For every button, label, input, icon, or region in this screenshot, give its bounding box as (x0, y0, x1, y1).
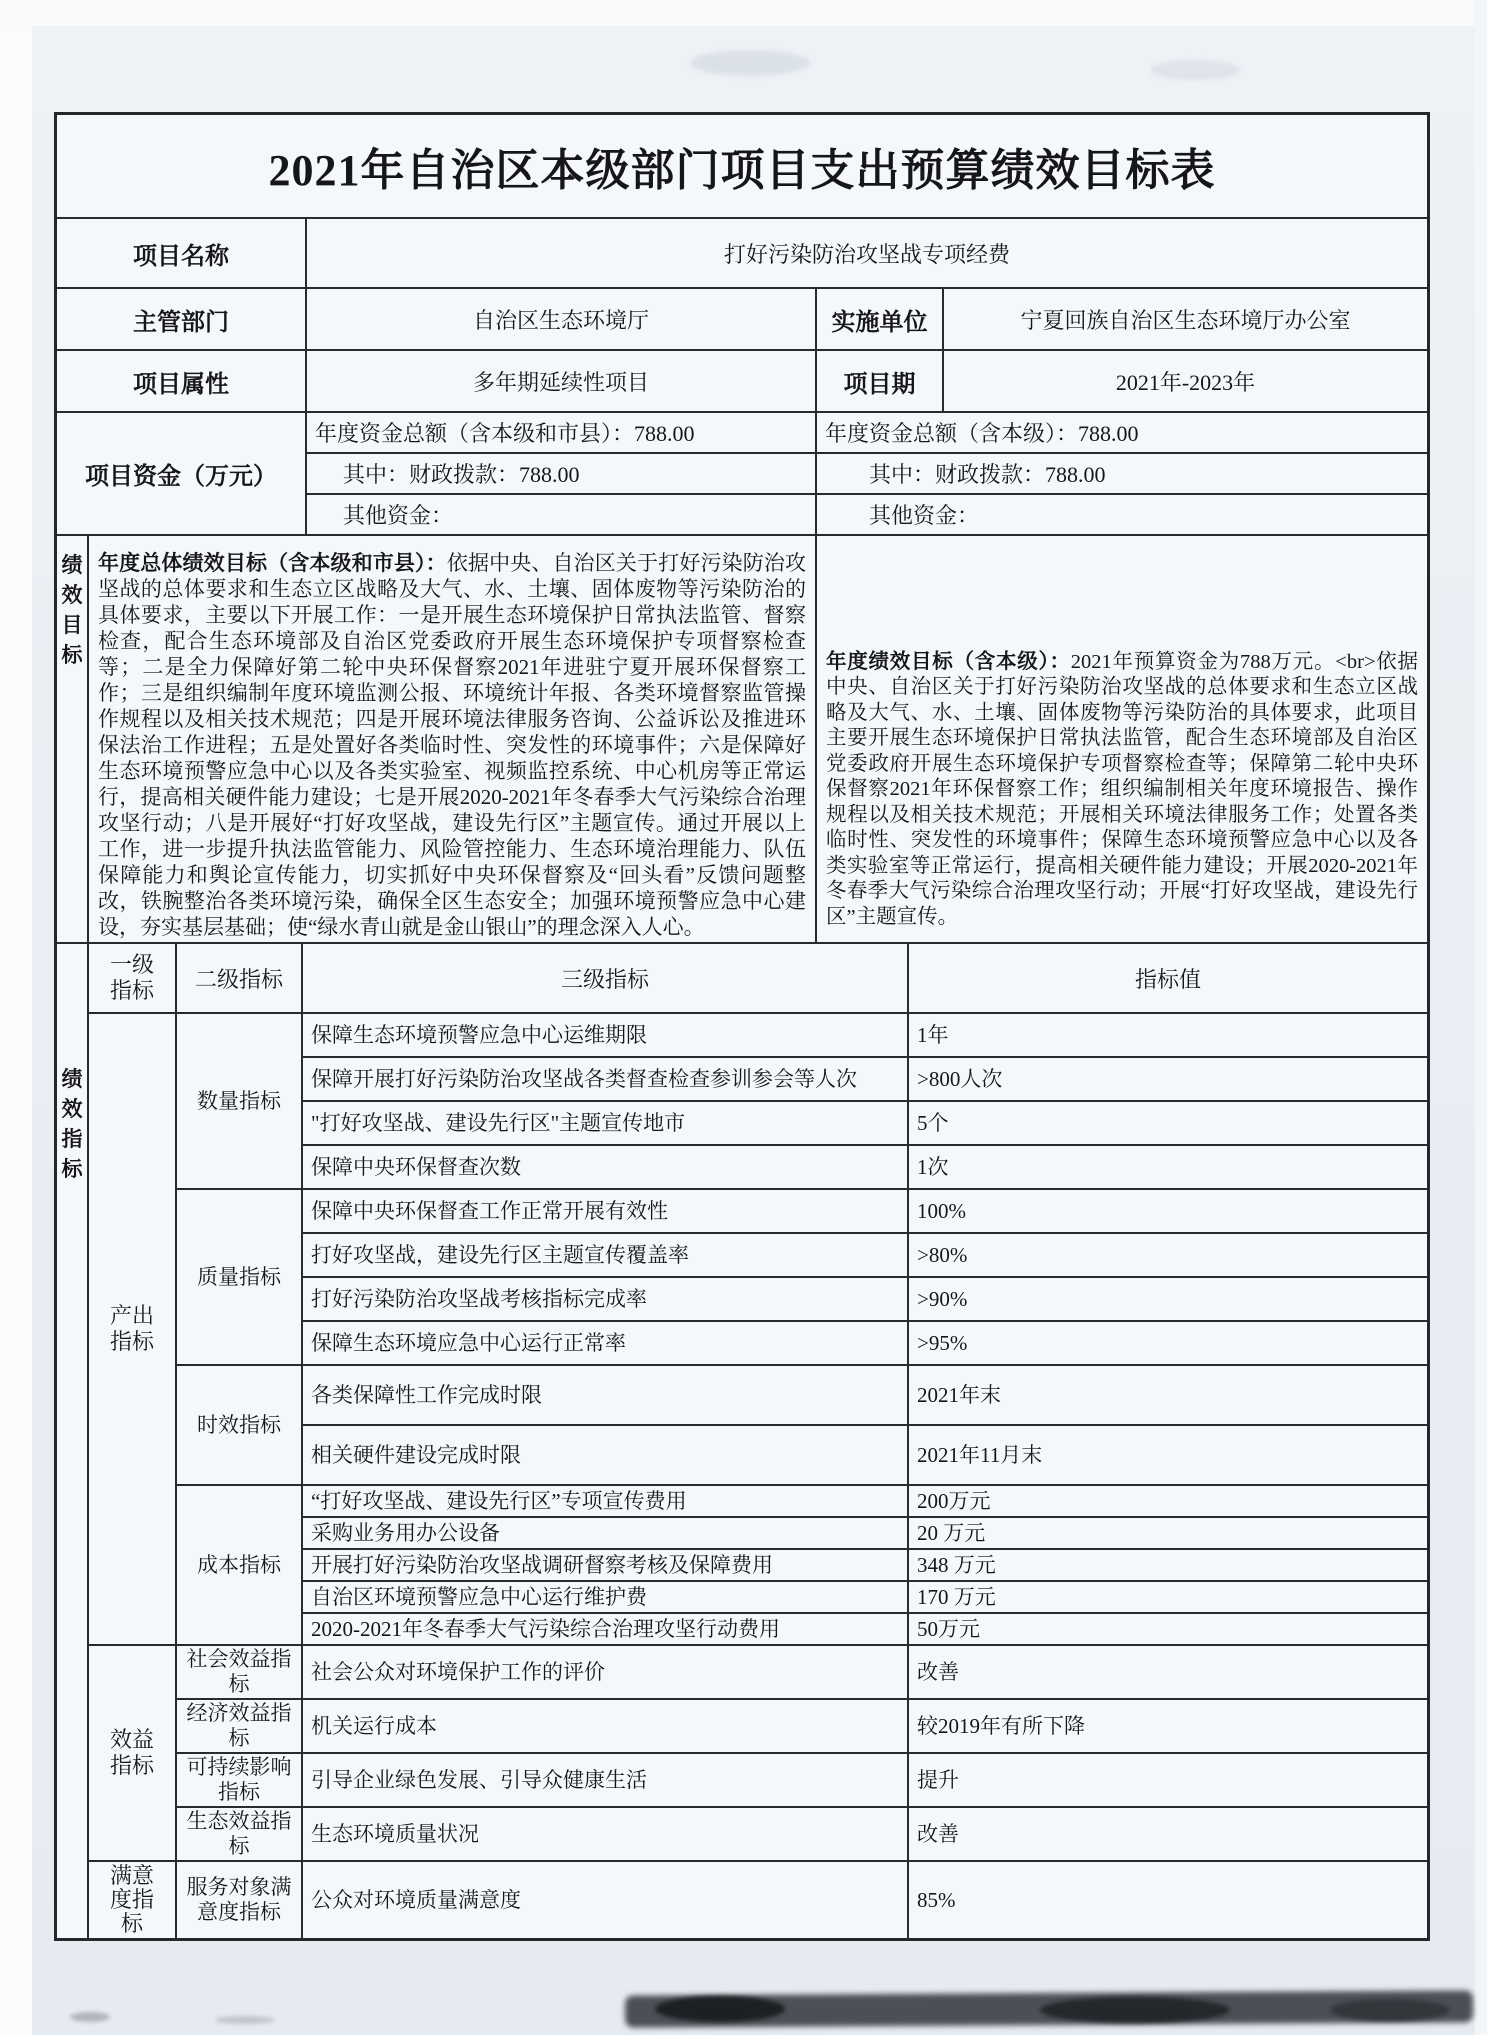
attribute-row: 项目属性 多年期延续性项目 项目期 2021年-2023年 (57, 351, 1427, 413)
level3-indicator-cell: 打好污染防治攻坚战考核指标完成率 (303, 1278, 909, 1322)
benefit-group-label-text: 效益指标 (109, 1727, 155, 1779)
level3-indicator-cell: 保障开展打好污染防治攻坚战各类督查检查参训参会等人次 (303, 1058, 909, 1102)
quantity-rows: 保障生态环境预警应急中心运维期限 1年 保障开展打好污染防治攻坚战各类督查检查参… (303, 1014, 1427, 1190)
header-level2: 二级指标 (177, 944, 303, 1014)
indicator-row: “打好攻坚战、建设先行区”专项宣传费用 200万元 (303, 1486, 1427, 1518)
overall-goal-body: 依据中央、自治区关于打好污染防治攻坚战的总体要求和生态立区战略及大气、水、土壤、… (98, 551, 806, 939)
level3-indicator-cell: 各类保障性工作完成时限 (303, 1366, 909, 1426)
attribute-label: 项目属性 (57, 351, 307, 413)
indicator-row: 打好攻坚战，建设先行区主题宣传覆盖率 >80% (303, 1234, 1427, 1278)
indicator-value-cell: 较2019年有所下降 (909, 1700, 1427, 1754)
indicator-value-cell: 提升 (909, 1754, 1427, 1808)
indicator-row: 采购业务用办公设备 20 万元 (303, 1518, 1427, 1550)
level2-indicator-cell: 服务对象满意度指标 (177, 1862, 303, 1938)
scan-edge-right (1475, 0, 1487, 2035)
indicator-value-cell: 200万元 (909, 1486, 1427, 1518)
department-row: 主管部门 自治区生态环境厅 实施单位 宁夏回族自治区生态环境厅办公室 (57, 289, 1427, 351)
output-group-label-text: 产出指标 (109, 1303, 155, 1355)
level3-indicator-cell: 保障生态环境应急中心运行正常率 (303, 1322, 909, 1366)
header-value: 指标值 (909, 944, 1427, 1014)
level2-indicator-cell: 经济效益指标 (177, 1700, 303, 1754)
indicator-row: 生态效益指标 生态环境质量状况 改善 (177, 1808, 1427, 1862)
indicator-value-cell: >80% (909, 1234, 1427, 1278)
indicator-row: 打好污染防治攻坚战考核指标完成率 >90% (303, 1278, 1427, 1322)
quantity-label: 数量指标 (177, 1014, 303, 1190)
benefit-group: 效益指标 社会效益指标 社会公众对环境保护工作的评价 改善 经济效益指标 机关运… (89, 1646, 1427, 1862)
scan-smudge (1150, 60, 1240, 80)
project-name-row: 项目名称 打好污染防治攻坚战专项经费 (57, 219, 1427, 289)
indicator-value-cell: 改善 (909, 1808, 1427, 1862)
indicator-row: 相关硬件建设完成时限 2021年11月末 (303, 1426, 1427, 1486)
header-level1: 一级指标 (89, 944, 177, 1014)
indicator-value-cell: 2021年末 (909, 1366, 1427, 1426)
indicator-row: 保障生态环境应急中心运行正常率 >95% (303, 1322, 1427, 1366)
scanner-shadow-blob (215, 2016, 275, 2024)
funding-fiscal-right: 其中：财政拨款：788.00 (817, 454, 1427, 495)
indicator-value-cell: 1年 (909, 1014, 1427, 1058)
quantity-subgroup: 数量指标 保障生态环境预警应急中心运维期限 1年 保障开展打好污染防治攻坚战各类… (177, 1014, 1427, 1190)
header-level1-text: 一级指标 (109, 952, 155, 1004)
indicator-value-cell: >800人次 (909, 1058, 1427, 1102)
level3-indicator-cell: 保障生态环境预警应急中心运维期限 (303, 1014, 909, 1058)
performance-target-table: 2021年自治区本级部门项目支出预算绩效目标表 项目名称 打好污染防治攻坚战专项… (54, 112, 1430, 1941)
indicators-header-row: 一级指标 二级指标 三级指标 指标值 (89, 944, 1427, 1014)
funding-right-column: 年度资金总额（含本级）：788.00 其中：财政拨款：788.00 其他资金： (817, 413, 1427, 536)
level3-indicator-cell: 自治区环境预警应急中心运行维护费 (303, 1582, 909, 1614)
impl-unit-label: 实施单位 (817, 289, 944, 351)
indicator-row: 社会效益指标 社会公众对环境保护工作的评价 改善 (177, 1646, 1427, 1700)
goals-band: 绩效目标 年度总体绩效目标（含本级和市县）：依据中央、自治区关于打好污染防治攻坚… (57, 536, 1427, 944)
output-group-rows: 数量指标 保障生态环境预警应急中心运维期限 1年 保障开展打好污染防治攻坚战各类… (177, 1014, 1427, 1646)
time-subgroup: 时效指标 各类保障性工作完成时限 2021年末 相关硬件建设完成时限 2021年… (177, 1366, 1427, 1486)
indicator-row: 保障开展打好污染防治攻坚战各类督查检查参训参会等人次 >800人次 (303, 1058, 1427, 1102)
period-label: 项目期 (817, 351, 944, 413)
annual-goal-body: 2021年预算资金为788万元。<br>依据中央、自治区关于打好污染防治攻坚战的… (826, 651, 1418, 928)
quality-label: 质量指标 (177, 1190, 303, 1366)
indicator-row: "打好攻坚战、建设先行区"主题宣传地市 5个 (303, 1102, 1427, 1146)
level3-indicator-cell: 机关运行成本 (303, 1700, 909, 1754)
funding-fiscal-left: 其中：财政拨款：788.00 (307, 454, 817, 495)
department-label: 主管部门 (57, 289, 307, 351)
scanner-shadow-blob (1330, 1999, 1450, 2021)
level3-indicator-cell: “打好攻坚战、建设先行区”专项宣传费用 (303, 1486, 909, 1518)
funding-other-right: 其他资金： (817, 495, 1427, 536)
indicator-row: 自治区环境预警应急中心运行维护费 170 万元 (303, 1582, 1427, 1614)
indicator-value-cell: 100% (909, 1190, 1427, 1234)
funding-total-right: 年度资金总额（含本级）：788.00 (817, 413, 1427, 454)
indicator-value-cell: >90% (909, 1278, 1427, 1322)
period-value: 2021年-2023年 (944, 351, 1427, 413)
level3-indicator-cell: 社会公众对环境保护工作的评价 (303, 1646, 909, 1700)
level3-indicator-cell: 相关硬件建设完成时限 (303, 1426, 909, 1486)
funding-total-left: 年度资金总额（含本级和市县）：788.00 (307, 413, 817, 454)
level3-indicator-cell: 采购业务用办公设备 (303, 1518, 909, 1550)
benefit-rows: 社会效益指标 社会公众对环境保护工作的评价 改善 经济效益指标 机关运行成本 较… (177, 1646, 1427, 1862)
indicator-row: 2020-2021年冬春季大气污染综合治理攻坚行动费用 50万元 (303, 1614, 1427, 1646)
time-label: 时效指标 (177, 1366, 303, 1486)
satisfaction-group-label: 满意度指标 (89, 1862, 177, 1938)
indicator-row: 保障中央环保督查工作正常开展有效性 100% (303, 1190, 1427, 1234)
indicator-value-cell: 170 万元 (909, 1582, 1427, 1614)
output-group-label: 产出指标 (89, 1014, 177, 1646)
overall-goal-cell: 年度总体绩效目标（含本级和市县）：依据中央、自治区关于打好污染防治攻坚战的总体要… (89, 536, 817, 944)
project-name-label: 项目名称 (57, 219, 307, 289)
benefit-group-label: 效益指标 (89, 1646, 177, 1862)
indicators-band: 绩效指标 一级指标 二级指标 三级指标 指标值 产出指标 数量指标 (57, 944, 1427, 1938)
overall-goal-heading: 年度总体绩效目标（含本级和市县）： (98, 551, 447, 575)
scan-edge-top (0, 0, 1487, 26)
funding-other-left: 其他资金： (307, 495, 817, 536)
cost-label: 成本指标 (177, 1486, 303, 1646)
goals-sidebar-label: 绩效目标 (57, 536, 89, 944)
indicator-value-cell: 1次 (909, 1146, 1427, 1190)
indicator-value-cell: 改善 (909, 1646, 1427, 1700)
indicator-row: 各类保障性工作完成时限 2021年末 (303, 1366, 1427, 1426)
funding-label: 项目资金（万元） (57, 413, 307, 536)
level3-indicator-cell: 引导企业绿色发展、引导众健康生活 (303, 1754, 909, 1808)
project-name-value: 打好污染防治攻坚战专项经费 (307, 219, 1427, 289)
level3-indicator-cell: 公众对环境质量满意度 (303, 1862, 909, 1938)
quality-subgroup: 质量指标 保障中央环保督查工作正常开展有效性 100% 打好攻坚战，建设先行区主… (177, 1190, 1427, 1366)
indicators-sidebar-label: 绩效指标 (57, 944, 89, 1938)
indicator-value-cell: 20 万元 (909, 1518, 1427, 1550)
scanner-shadow-blob (1040, 1997, 1230, 2023)
department-value: 自治区生态环境厅 (307, 289, 817, 351)
scanner-shadow-blob (70, 2012, 110, 2022)
title-row: 2021年自治区本级部门项目支出预算绩效目标表 (57, 115, 1427, 219)
scan-edge-left (0, 0, 32, 2035)
indicator-row: 保障生态环境预警应急中心运维期限 1年 (303, 1014, 1427, 1058)
indicator-value-cell: 5个 (909, 1102, 1427, 1146)
output-group: 产出指标 数量指标 保障生态环境预警应急中心运维期限 1年 保障开展打好污染防治… (89, 1014, 1427, 1646)
scan-smudge (690, 50, 810, 76)
annual-goal-heading: 年度绩效目标（含本级）： (826, 651, 1071, 673)
level3-indicator-cell: "打好攻坚战、建设先行区"主题宣传地市 (303, 1102, 909, 1146)
indicator-row: 可持续影响指标 引导企业绿色发展、引导众健康生活 提升 (177, 1754, 1427, 1808)
time-rows: 各类保障性工作完成时限 2021年末 相关硬件建设完成时限 2021年11月末 (303, 1366, 1427, 1486)
attribute-value: 多年期延续性项目 (307, 351, 817, 413)
satisfaction-group-label-text: 满意度指标 (109, 1864, 155, 1936)
level3-indicator-cell: 生态环境质量状况 (303, 1808, 909, 1862)
quality-rows: 保障中央环保督查工作正常开展有效性 100% 打好攻坚战，建设先行区主题宣传覆盖… (303, 1190, 1427, 1366)
indicator-row: 开展打好污染防治攻坚战调研督察考核及保障费用 348 万元 (303, 1550, 1427, 1582)
satisfaction-group: 满意度指标 服务对象满意度指标 公众对环境质量满意度 85% (89, 1862, 1427, 1938)
page-title: 2021年自治区本级部门项目支出预算绩效目标表 (57, 115, 1427, 219)
cost-subgroup: 成本指标 “打好攻坚战、建设先行区”专项宣传费用 200万元 采购业务用办公设备… (177, 1486, 1427, 1646)
level3-indicator-cell: 保障中央环保督查工作正常开展有效性 (303, 1190, 909, 1234)
level3-indicator-cell: 打好攻坚战，建设先行区主题宣传覆盖率 (303, 1234, 909, 1278)
level3-indicator-cell: 保障中央环保督查次数 (303, 1146, 909, 1190)
funding-left-column: 年度资金总额（含本级和市县）：788.00 其中：财政拨款：788.00 其他资… (307, 413, 817, 536)
indicator-value-cell: 85% (909, 1862, 1427, 1938)
funding-band: 项目资金（万元） 年度资金总额（含本级和市县）：788.00 其中：财政拨款：7… (57, 413, 1427, 536)
cost-rows: “打好攻坚战、建设先行区”专项宣传费用 200万元 采购业务用办公设备 20 万… (303, 1486, 1427, 1646)
indicator-value-cell: 2021年11月末 (909, 1426, 1427, 1486)
indicator-row: 保障中央环保督查次数 1次 (303, 1146, 1427, 1190)
annual-goal-cell: 年度绩效目标（含本级）：2021年预算资金为788万元。<br>依据中央、自治区… (817, 536, 1427, 944)
indicator-value-cell: >95% (909, 1322, 1427, 1366)
level2-indicator-cell: 生态效益指标 (177, 1808, 303, 1862)
level2-indicator-cell: 可持续影响指标 (177, 1754, 303, 1808)
overall-goal-text: 年度总体绩效目标（含本级和市县）：依据中央、自治区关于打好污染防治攻坚战的总体要… (98, 550, 806, 940)
level3-indicator-cell: 开展打好污染防治攻坚战调研督察考核及保障费用 (303, 1550, 909, 1582)
level2-indicator-cell: 社会效益指标 (177, 1646, 303, 1700)
scanner-shadow-blob (655, 1996, 785, 2022)
impl-unit-value: 宁夏回族自治区生态环境厅办公室 (944, 289, 1427, 351)
indicator-value-cell: 50万元 (909, 1614, 1427, 1646)
indicator-value-cell: 348 万元 (909, 1550, 1427, 1582)
indicators-main: 一级指标 二级指标 三级指标 指标值 产出指标 数量指标 保障生态环境预警应急中… (89, 944, 1427, 1938)
annual-goal-text: 年度绩效目标（含本级）：2021年预算资金为788万元。<br>依据中央、自治区… (826, 650, 1418, 931)
indicator-row: 经济效益指标 机关运行成本 较2019年有所下降 (177, 1700, 1427, 1754)
header-level3: 三级指标 (303, 944, 909, 1014)
level3-indicator-cell: 2020-2021年冬春季大气污染综合治理攻坚行动费用 (303, 1614, 909, 1646)
